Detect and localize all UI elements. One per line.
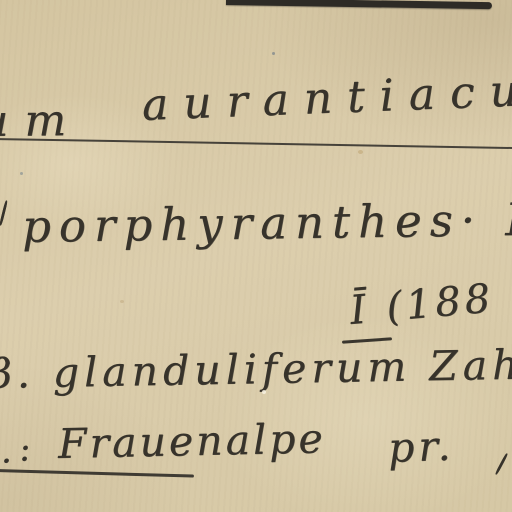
paper-speck: [272, 52, 275, 55]
age-spot: [262, 390, 266, 394]
place-underline: [0, 469, 194, 478]
handwriting-species-porphyranthes: porphyranthes· N: [22, 193, 512, 253]
handwriting-numeral-date: Ī (188: [348, 275, 496, 333]
handwriting-species-aurantiaca: aurantiacu: [141, 65, 512, 131]
cut-letter-fragment-left: [0, 200, 8, 226]
age-spot: [120, 300, 124, 303]
paper-speck: [20, 172, 23, 175]
handwriting-place-frauenalpe: Frauenalpe: [57, 414, 326, 468]
paper-background: um aurantiacu porphyranthes· N Ī (188 β.…: [0, 0, 512, 512]
top-edge-bar: [226, 0, 492, 9]
cut-letter-fragment-right: [495, 453, 509, 476]
age-spot: [358, 150, 363, 154]
handwriting-line5-prefix: .:: [0, 428, 40, 472]
handwriting-variety-glanduliferum: β. glanduliferum Zah: [0, 341, 512, 398]
handwriting-abbrev-pr: pr.: [387, 422, 455, 472]
